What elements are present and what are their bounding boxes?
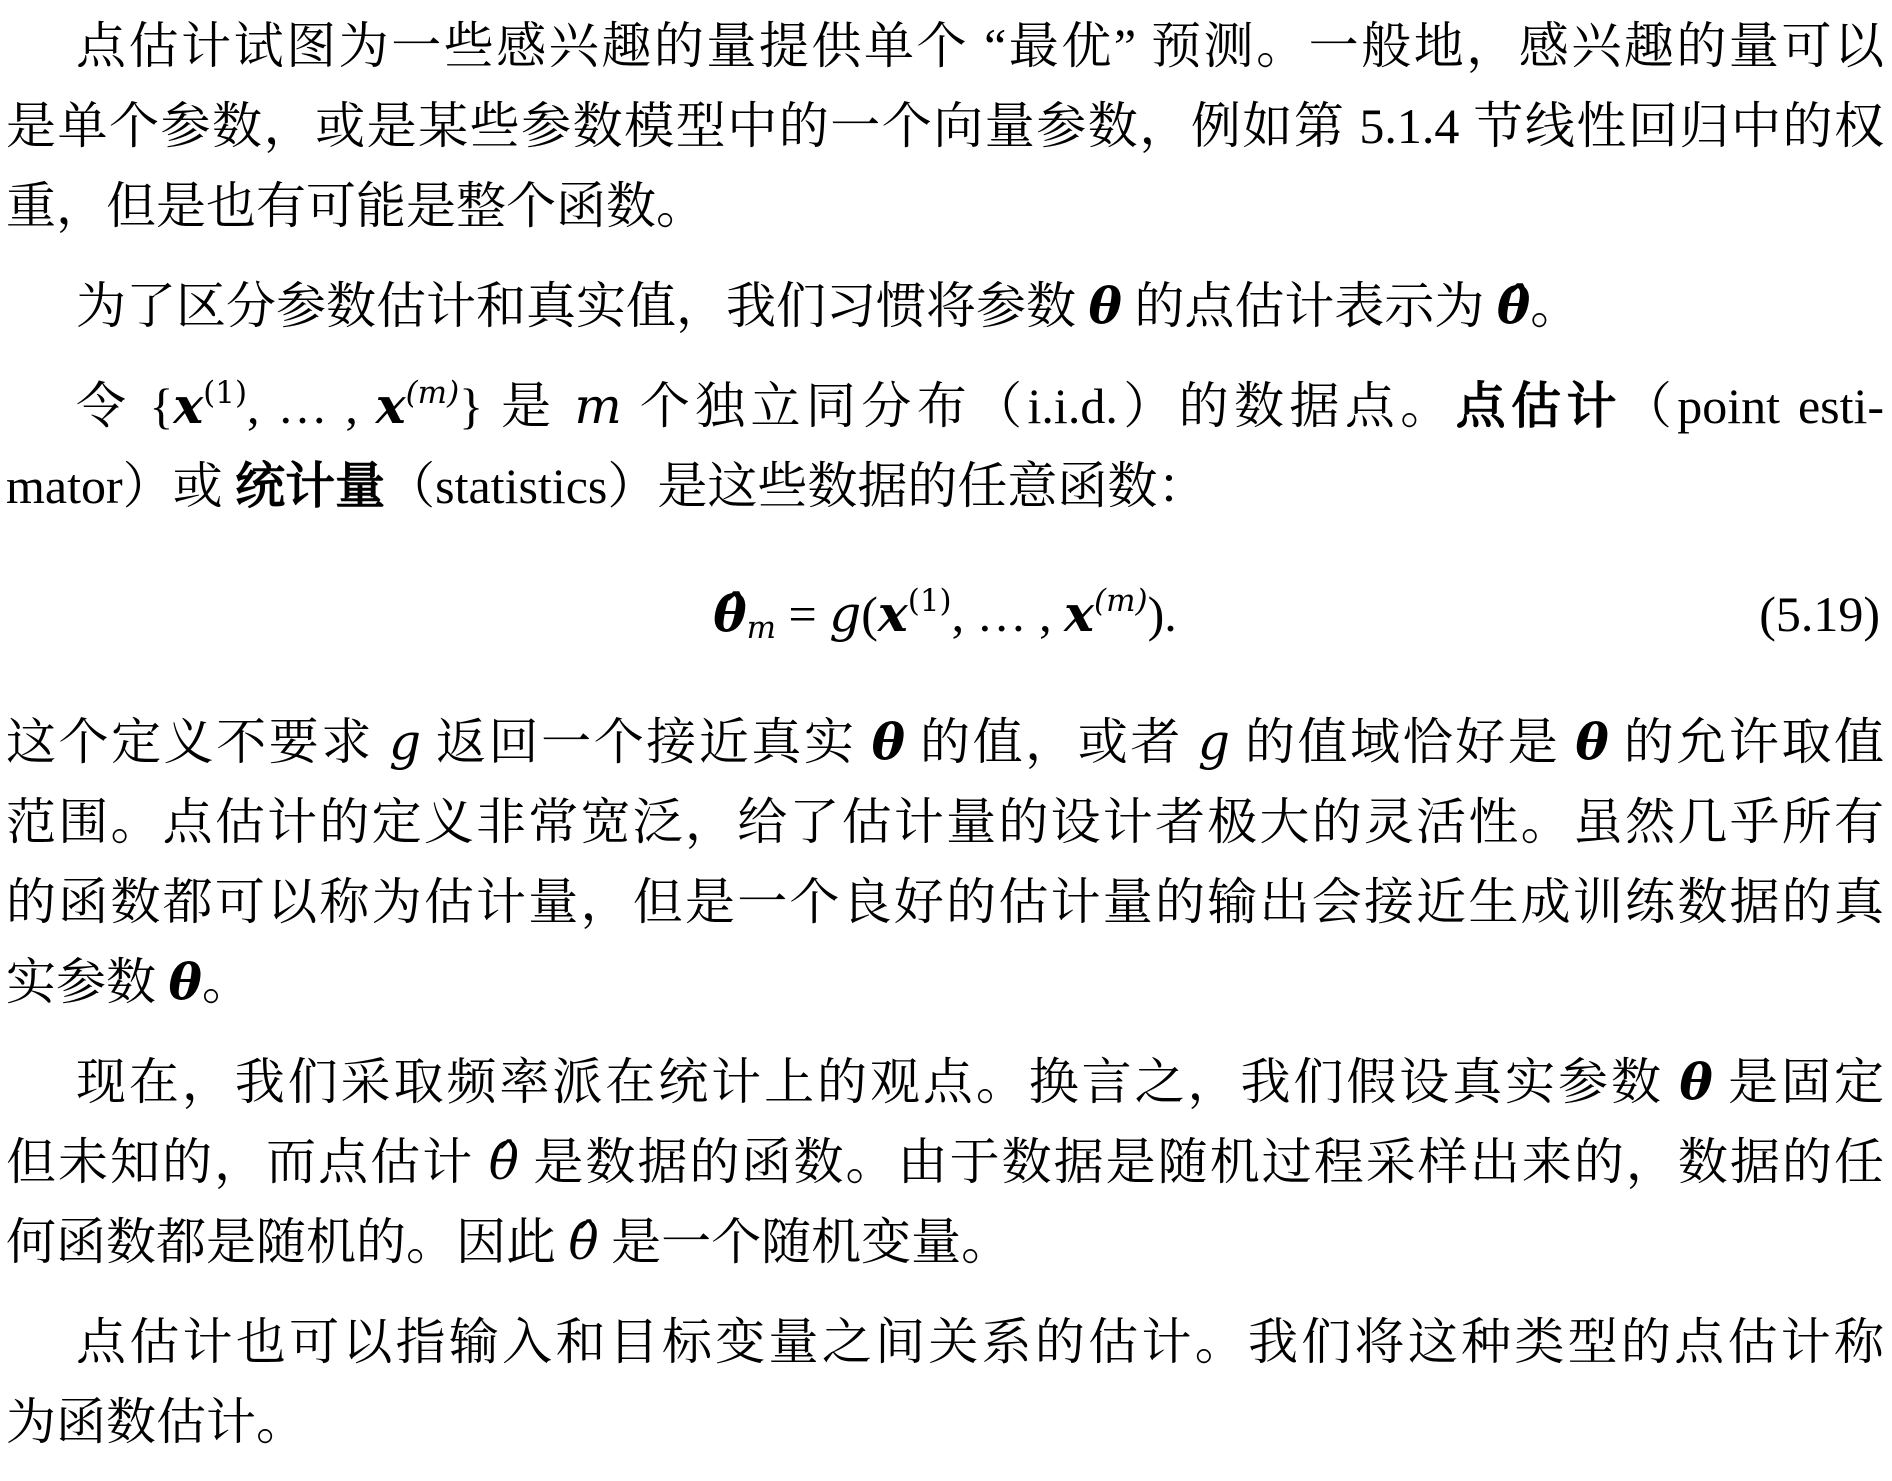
document-page: 点估计试图为一些感兴趣的量提供单个 “最优” 预测。一般地，感兴趣的量可以是单个… [0,0,1892,1462]
text-line: 这个定义不要求 g 返回一个接近真实 θ 的值，或者 g 的值域恰好是 θ 的允… [6,702,1884,782]
math-bold-italic-run: x [878,584,908,643]
latin-text-run: } [459,378,501,434]
text-run: 是固定 [1713,1054,1884,1110]
latin-text-run: , … , [247,378,376,434]
text-run: ）是这些数据的任意函数： [607,458,1207,514]
text-run: 是 [501,378,574,434]
math-bold-italic-run: x [173,376,203,435]
math-bold-italic-run: θ [872,712,905,771]
equation-number: (5.19) [1759,574,1880,654]
text-line: 但未知的，而点估计 θ̂ 是数据的函数。由于数据是随机过程采样出来的，数据的任 [6,1122,1884,1202]
text-line: 点估计试图为一些感兴趣的量提供单个 “最优” 预测。一般地，感兴趣的量可以 [6,6,1884,86]
math-bold-italic-run: θ̂ [1497,276,1530,335]
paragraph: 点估计也可以指输入和目标变量之间关系的估计。我们将这种类型的点估计称为函数估计。 [6,1302,1884,1462]
text-run: 的值域恰好是 [1230,714,1575,770]
paragraph: 为了区分参数估计和真实值，我们习惯将参数 θ 的点估计表示为 θ̂。 [6,266,1884,346]
text-line: 范围。点估计的定义非常宽泛，给了估计量的设计者极大的灵活性。虽然几乎所有 [6,782,1884,862]
text-run: 的允许取值 [1609,714,1884,770]
math-bold-italic-run: θ [169,952,202,1011]
text-run: 节线性回归中的权 [1459,98,1884,154]
text-run: ）或 [123,458,236,514]
superscript-run: (m) [406,375,460,411]
text-line: 的函数都可以称为估计量，但是一个良好的估计量的输出会接近生成训练数据的真 [6,862,1884,942]
text-run: 。 [1530,278,1580,334]
text-run: 重，但是也有可能是整个函数。 [6,178,706,234]
equation-body: θ̂m = g(x(1), … , x(m)). [713,586,1176,642]
latin-text-run: i.i.d. [1028,378,1118,434]
text-run: 点估计也可以指输入和目标变量之间关系的估计。我们将这种类型的点估计称 [76,1314,1884,1370]
math-italic-run: g [389,713,421,771]
latin-text-run: mator [6,458,123,514]
text-run: 何函数都是随机的。因此 [6,1214,569,1270]
text-line: 实参数 θ。 [6,942,1884,1022]
text-run: 是一个随机变量。 [599,1214,1012,1270]
math-italic-run: m [574,377,621,435]
text-line: 为了区分参数估计和真实值，我们习惯将参数 θ 的点估计表示为 θ̂。 [6,266,1884,346]
keyword-bold-run: 点估计 [1456,378,1622,434]
latin-text-run: { [149,378,173,434]
keyword-bold-run: 统计量 [235,458,385,514]
latin-text-run: ). [1148,586,1177,642]
latin-text-run: , … , [952,586,1065,642]
text-run: 现在，我们采取频率派在统计上的观点。换言之，我们假设真实参数 [76,1054,1679,1110]
text-run: 这个定义不要求 [6,714,389,770]
latin-text-run: = [776,586,829,642]
display-equation: θ̂m = g(x(1), … , x(m)).(5.19) [6,574,1884,654]
latin-text-run: statistics [435,458,607,514]
math-bold-italic-run: x [1064,584,1094,643]
math-bold-italic-run: x [376,376,406,435]
text-run: 范围。点估计的定义非常宽泛，给了估计量的设计者极大的灵活性。虽然几乎所有 [6,794,1884,850]
math-italic-run: g [829,585,861,643]
text-line: 何函数都是随机的。因此 θ̂ 是一个随机变量。 [6,1202,1884,1282]
text-line: 令 {x(1), … , x(m)} 是 m 个独立同分布（i.i.d.）的数据… [6,366,1884,446]
text-line: 为函数估计。 [6,1382,1884,1462]
text-line: 现在，我们采取频率派在统计上的观点。换言之，我们假设真实参数 θ 是固定 [6,1042,1884,1122]
superscript-run: (1) [203,375,247,411]
text-line: 是单个参数，或是某些参数模型中的一个向量参数，例如第 5.1.4 节线性回归中的… [6,86,1884,166]
math-bold-italic-run: θ [1575,712,1608,771]
subscript-run: m [747,610,776,646]
text-run: 个独立同分布（ [622,378,1028,434]
text-run: （ [1622,378,1677,434]
latin-text-run: 5.1.4 [1359,98,1459,154]
math-italic-run: θ̂ [569,1213,599,1271]
text-line: mator）或 统计量（statistics）是这些数据的任意函数： [6,446,1884,526]
paragraph: 令 {x(1), … , x(m)} 是 m 个独立同分布（i.i.d.）的数据… [6,366,1884,526]
text-line: 点估计也可以指输入和目标变量之间关系的估计。我们将这种类型的点估计称 [6,1302,1884,1382]
math-italic-run: θ̂ [489,1133,519,1191]
text-run: （ [385,458,435,514]
text-run: 但未知的，而点估计 [6,1134,489,1190]
math-bold-italic-run: θ̂ [713,584,746,643]
superscript-run: (1) [908,583,952,619]
text-run: 。 [202,954,252,1010]
superscript-run: (m) [1094,583,1148,619]
text-run: 为了区分参数估计和真实值，我们习惯将参数 [76,278,1089,334]
text-run: 的值，或者 [905,714,1198,770]
text-run: 的点估计表示为 [1122,278,1497,334]
text-run: 返回一个接近真实 [421,714,872,770]
math-bold-italic-run: θ [1679,1052,1712,1111]
text-run: 令 [76,378,149,434]
text-line: 重，但是也有可能是整个函数。 [6,166,1884,246]
text-run: 是数据的函数。由于数据是随机过程采样出来的，数据的任 [519,1134,1884,1190]
text-run: ）的数据点。 [1118,378,1456,434]
paragraph: 这个定义不要求 g 返回一个接近真实 θ 的值，或者 g 的值域恰好是 θ 的允… [6,702,1884,1022]
text-run: 是单个参数，或是某些参数模型中的一个向量参数，例如第 [6,98,1359,154]
math-bold-italic-run: θ [1089,276,1122,335]
math-italic-run: g [1198,713,1230,771]
text-run: 为函数估计。 [6,1394,306,1450]
latin-text-run: ( [861,586,878,642]
paragraph: 点估计试图为一些感兴趣的量提供单个 “最优” 预测。一般地，感兴趣的量可以是单个… [6,6,1884,246]
text-run: 的函数都可以称为估计量，但是一个良好的估计量的输出会接近生成训练数据的真 [6,874,1884,930]
text-run: 实参数 [6,954,169,1010]
text-run: 点估计试图为一些感兴趣的量提供单个 “最优” 预测。一般地，感兴趣的量可以 [76,18,1884,74]
latin-text-run: point esti- [1677,378,1884,434]
paragraph: 现在，我们采取频率派在统计上的观点。换言之，我们假设真实参数 θ 是固定但未知的… [6,1042,1884,1282]
